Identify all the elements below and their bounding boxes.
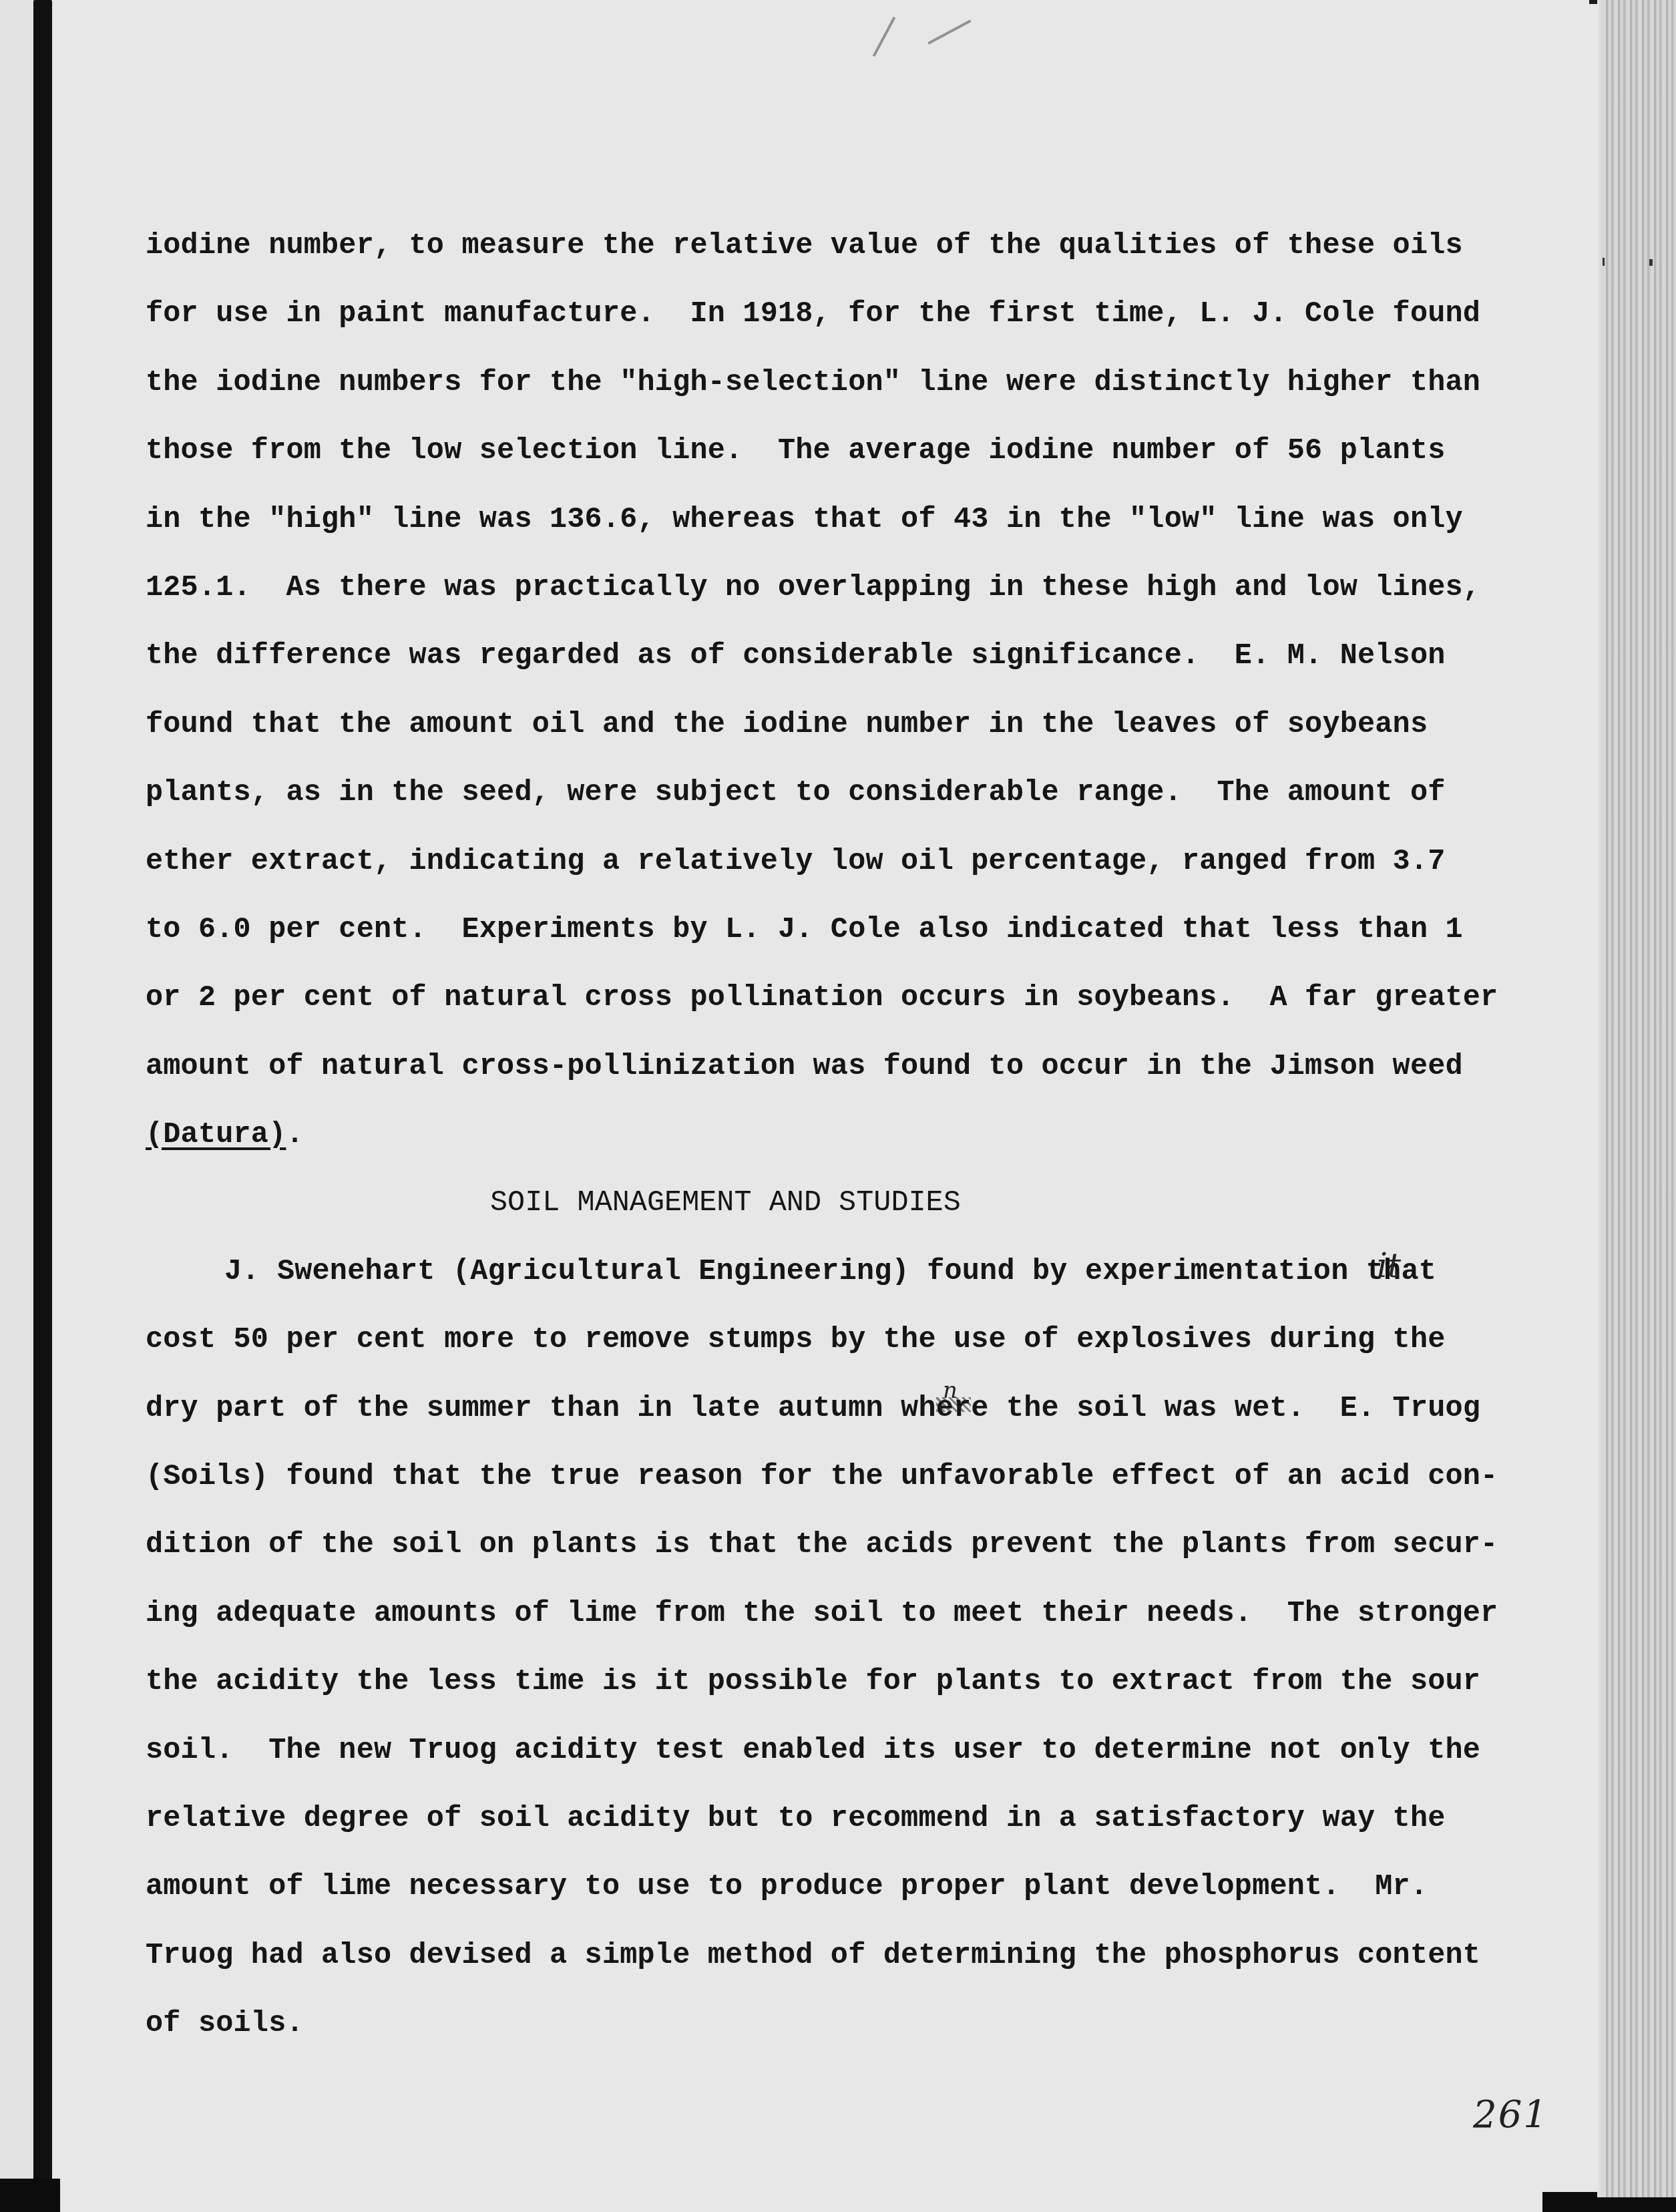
text-line-datura: (Datura). [146, 1101, 1481, 1169]
text-line: cost 50 per cent more to remove stumps b… [146, 1306, 1481, 1374]
section-heading: SOIL MANAGEMENT AND STUDIES [146, 1169, 1481, 1238]
text-line: found that the amount oil and the iodine… [146, 691, 1481, 759]
stray-pen-mark [927, 19, 971, 44]
text-line: 125.1. As there was practically no overl… [146, 554, 1481, 622]
underlined-term: (Datura) [146, 1119, 286, 1151]
text-line: iodine number, to measure the relative v… [146, 212, 1481, 281]
text-line: the iodine numbers for the "high-selecti… [146, 349, 1481, 417]
page-number: 261 [1473, 2093, 1548, 2137]
text-line: or 2 per cent of natural cross pollinati… [146, 964, 1481, 1033]
text-line: ing adequate amounts of lime from the so… [146, 1580, 1481, 1648]
text-line: relative degree of soil acidity but to r… [146, 1785, 1481, 1853]
scan-speck [1649, 259, 1653, 266]
text-line: dition of the soil on plants is that the… [146, 1511, 1481, 1580]
stray-pen-mark [873, 17, 896, 57]
scanned-page: iodine number, to measure the relative v… [0, 0, 1676, 2212]
text-line: plants, as in the seed, were subject to … [146, 759, 1481, 827]
text-line: amount of lime necessary to use to produ… [146, 1853, 1481, 1921]
text-line: of soils. [146, 1990, 1481, 2058]
text-line: in the "high" line was 136.6, whereas th… [146, 486, 1481, 554]
strikeout-mark [936, 1397, 971, 1412]
binding-edge [33, 0, 52, 2184]
binding-margin [0, 0, 33, 2212]
handwritten-insertion: it [1377, 1246, 1401, 1285]
text-line: dry part of the summer than in late autu… [146, 1375, 1481, 1443]
text-line: amount of natural cross-pollinization wa… [146, 1033, 1481, 1101]
text-line: those from the low selection line. The a… [146, 417, 1481, 486]
text-line: (Soils) found that the true reason for t… [146, 1443, 1481, 1511]
text-line: Truog had also devised a simple method o… [146, 1922, 1481, 1990]
text-line: the acidity the less time is it possible… [146, 1648, 1481, 1716]
text-line: J. Swenehart (Agricultural Engineering) … [146, 1238, 1481, 1306]
text-line: to 6.0 per cent. Experiments by L. J. Co… [146, 896, 1481, 964]
period: . [286, 1119, 303, 1151]
scan-speck [1603, 258, 1605, 266]
text-line: ether extract, indicating a relatively l… [146, 828, 1481, 896]
text-line: soil. The new Truog acidity test enabled… [146, 1717, 1481, 1785]
typed-body-text: iodine number, to measure the relative v… [146, 212, 1481, 2059]
text-line: the difference was regarded as of consid… [146, 622, 1481, 691]
scan-border-bottom-left [0, 2179, 60, 2212]
book-page-stack [1603, 0, 1676, 2197]
text-line: for use in paint manufacture. In 1918, f… [146, 281, 1481, 349]
